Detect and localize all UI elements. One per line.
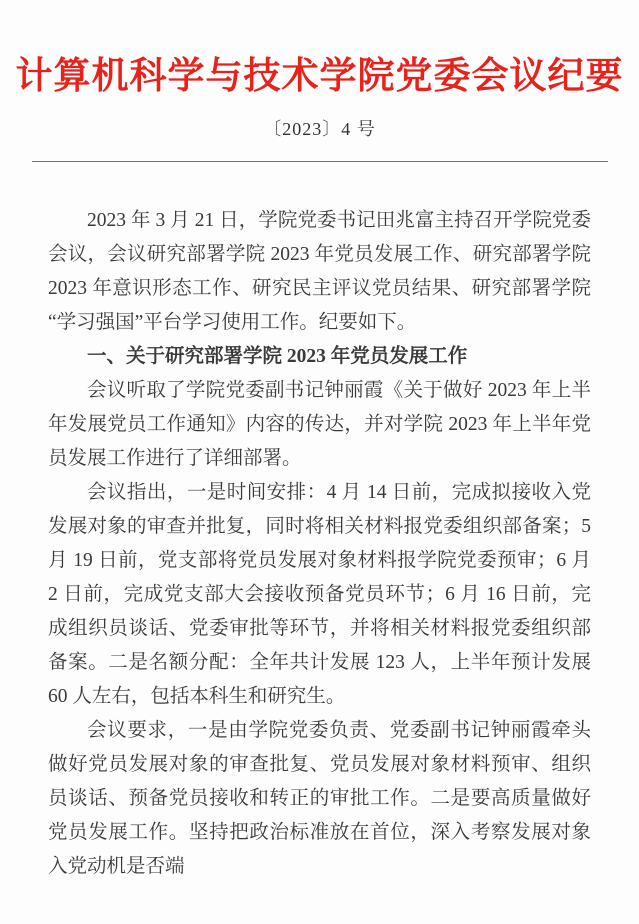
document-number: 〔2023〕4 号	[0, 118, 639, 141]
section-heading-party-development: 一、关于研究部署学院 2023 年党员发展工作	[48, 340, 591, 374]
document-body: 2023 年 3 月 21 日，学院党委书记田兆富主持召开学院党委会议，会议研究…	[48, 204, 591, 884]
paragraph-meeting-briefing: 会议听取了学院党委副书记钟丽霞《关于做好 2023 年上半年发展党员工作通知》内…	[48, 374, 591, 476]
paragraph-meeting-requirements: 会议要求，一是由学院党委负责、党委副书记钟丽霞牵头做好党员发展对象的审查批复、党…	[48, 714, 591, 884]
paragraph-meeting-points: 会议指出，一是时间安排：4 月 14 日前，完成拟接收入党发展对象的审查并批复，…	[48, 476, 591, 714]
title-divider-line	[32, 161, 608, 162]
document-title: 计算机科学与技术学院党委会议纪要	[0, 50, 639, 104]
paragraph-meeting-intro: 2023 年 3 月 21 日，学院党委书记田兆富主持召开学院党委会议，会议研究…	[48, 204, 591, 340]
document-page: 计算机科学与技术学院党委会议纪要 〔2023〕4 号 2023 年 3 月 21…	[0, 0, 639, 924]
